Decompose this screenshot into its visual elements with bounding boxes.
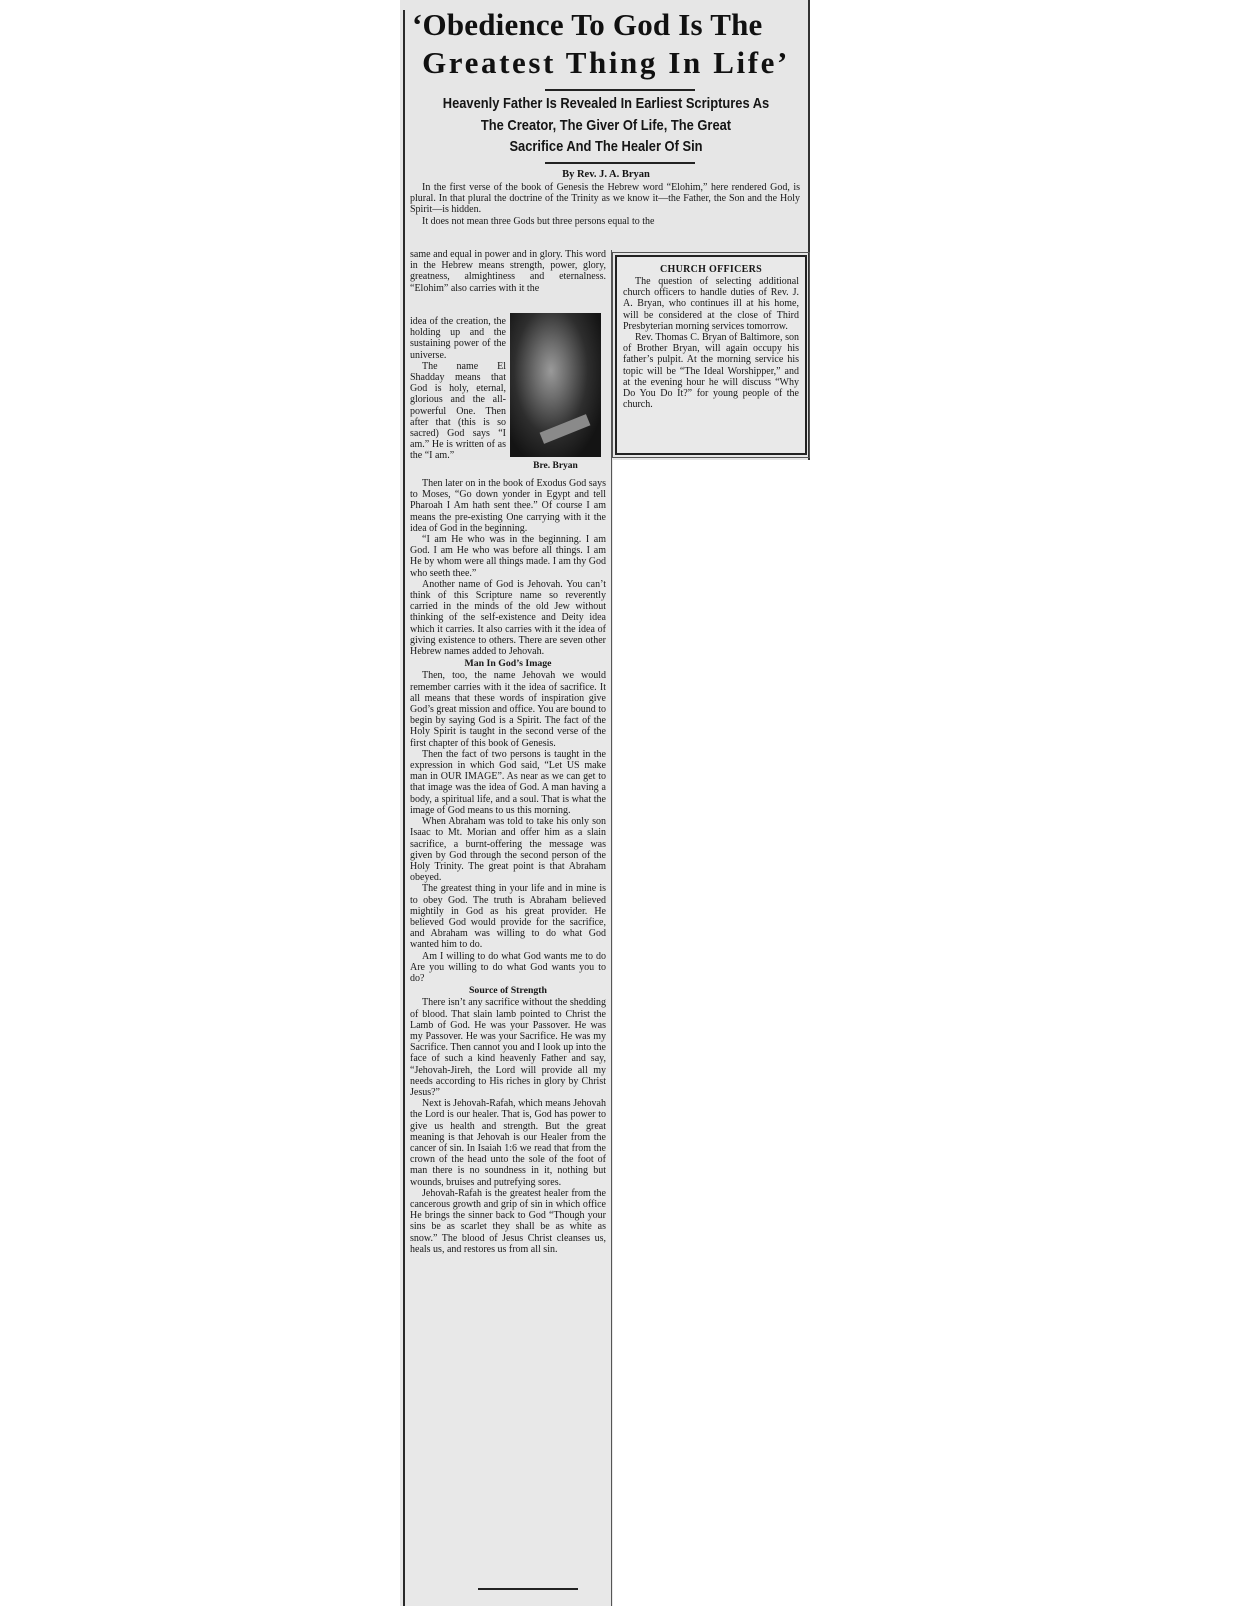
deck-line: Heavenly Father Is Revealed In Earliest … [436, 93, 777, 115]
portrait-photo [510, 313, 601, 457]
article-deck: Heavenly Father Is Revealed In Earliest … [436, 93, 777, 158]
photo-collar-detail [540, 414, 591, 444]
clipping-edge-rule [808, 0, 810, 460]
article-end-rule [478, 1588, 578, 1590]
deck-line: Sacrifice And The Healer Of Sin [436, 136, 777, 158]
paragraph: The greatest thing in your life and in m… [410, 883, 606, 950]
church-officers-box: CHURCH OFFICERS The question of selectin… [615, 255, 807, 455]
subhead-man-in-gods-image: Man In God’s Image [410, 658, 606, 669]
paragraph: “I am He who was in the beginning. I am … [410, 534, 606, 579]
paragraph: Then the fact of two persons is taught i… [410, 749, 606, 816]
paragraph: There isn’t any sacrifice without the sh… [410, 997, 606, 1098]
paragraph: Another name of God is Jehovah. You can’… [410, 579, 606, 657]
paragraph: It does not mean three Gods but three pe… [410, 216, 800, 227]
paragraph: Then, too, the name Jehovah we would rem… [410, 670, 606, 748]
paragraph: The question of selecting additional chu… [623, 276, 799, 332]
paragraph: When Abraham was told to take his only s… [410, 816, 606, 883]
paragraph: Next is Jehovah-Rafah, which means Jehov… [410, 1098, 606, 1188]
paragraph: Rev. Thomas C. Bryan of Baltimore, son o… [623, 332, 799, 410]
paragraph: Jehovah-Rafah is the greatest healer fro… [410, 1188, 606, 1255]
article-headline: ‘Obedience To God Is The Greatest Thing … [408, 6, 804, 82]
headline-line-1: ‘Obedience To God Is The [408, 6, 804, 44]
deck-line: The Creator, The Giver Of Life, The Grea… [436, 115, 777, 137]
article-column-main: Then later on in the book of Exodus God … [410, 478, 606, 1255]
paragraph: The name El Shadday means that God is ho… [410, 361, 506, 462]
headline-line-2: Greatest Thing In Life’ [408, 44, 804, 82]
photo-caption: Bre. Bryan [510, 461, 601, 471]
subhead-source-of-strength: Source of Strength [410, 985, 606, 996]
paragraph: idea of the creation, the holding up and… [410, 316, 506, 361]
article-column-upper: same and equal in power and in glory. Th… [410, 249, 606, 294]
paragraph: Then later on in the book of Exodus God … [410, 478, 606, 534]
paragraph: same and equal in power and in glory. Th… [410, 249, 606, 294]
column-rule-left [403, 10, 405, 1606]
deck-divider [545, 162, 695, 164]
article-column-beside-photo: idea of the creation, the holding up and… [410, 316, 506, 462]
paragraph: In the first verse of the book of Genesi… [410, 182, 800, 216]
headline-divider [545, 89, 695, 91]
paragraph: Am I willing to do what God wants me to … [410, 951, 606, 985]
article-intro: In the first verse of the book of Genesi… [410, 182, 800, 227]
column-rule-right [611, 250, 612, 1606]
box-body: The question of selecting additional chu… [617, 276, 805, 410]
byline: By Rev. J. A. Bryan [408, 169, 804, 180]
box-title: CHURCH OFFICERS [617, 264, 805, 275]
